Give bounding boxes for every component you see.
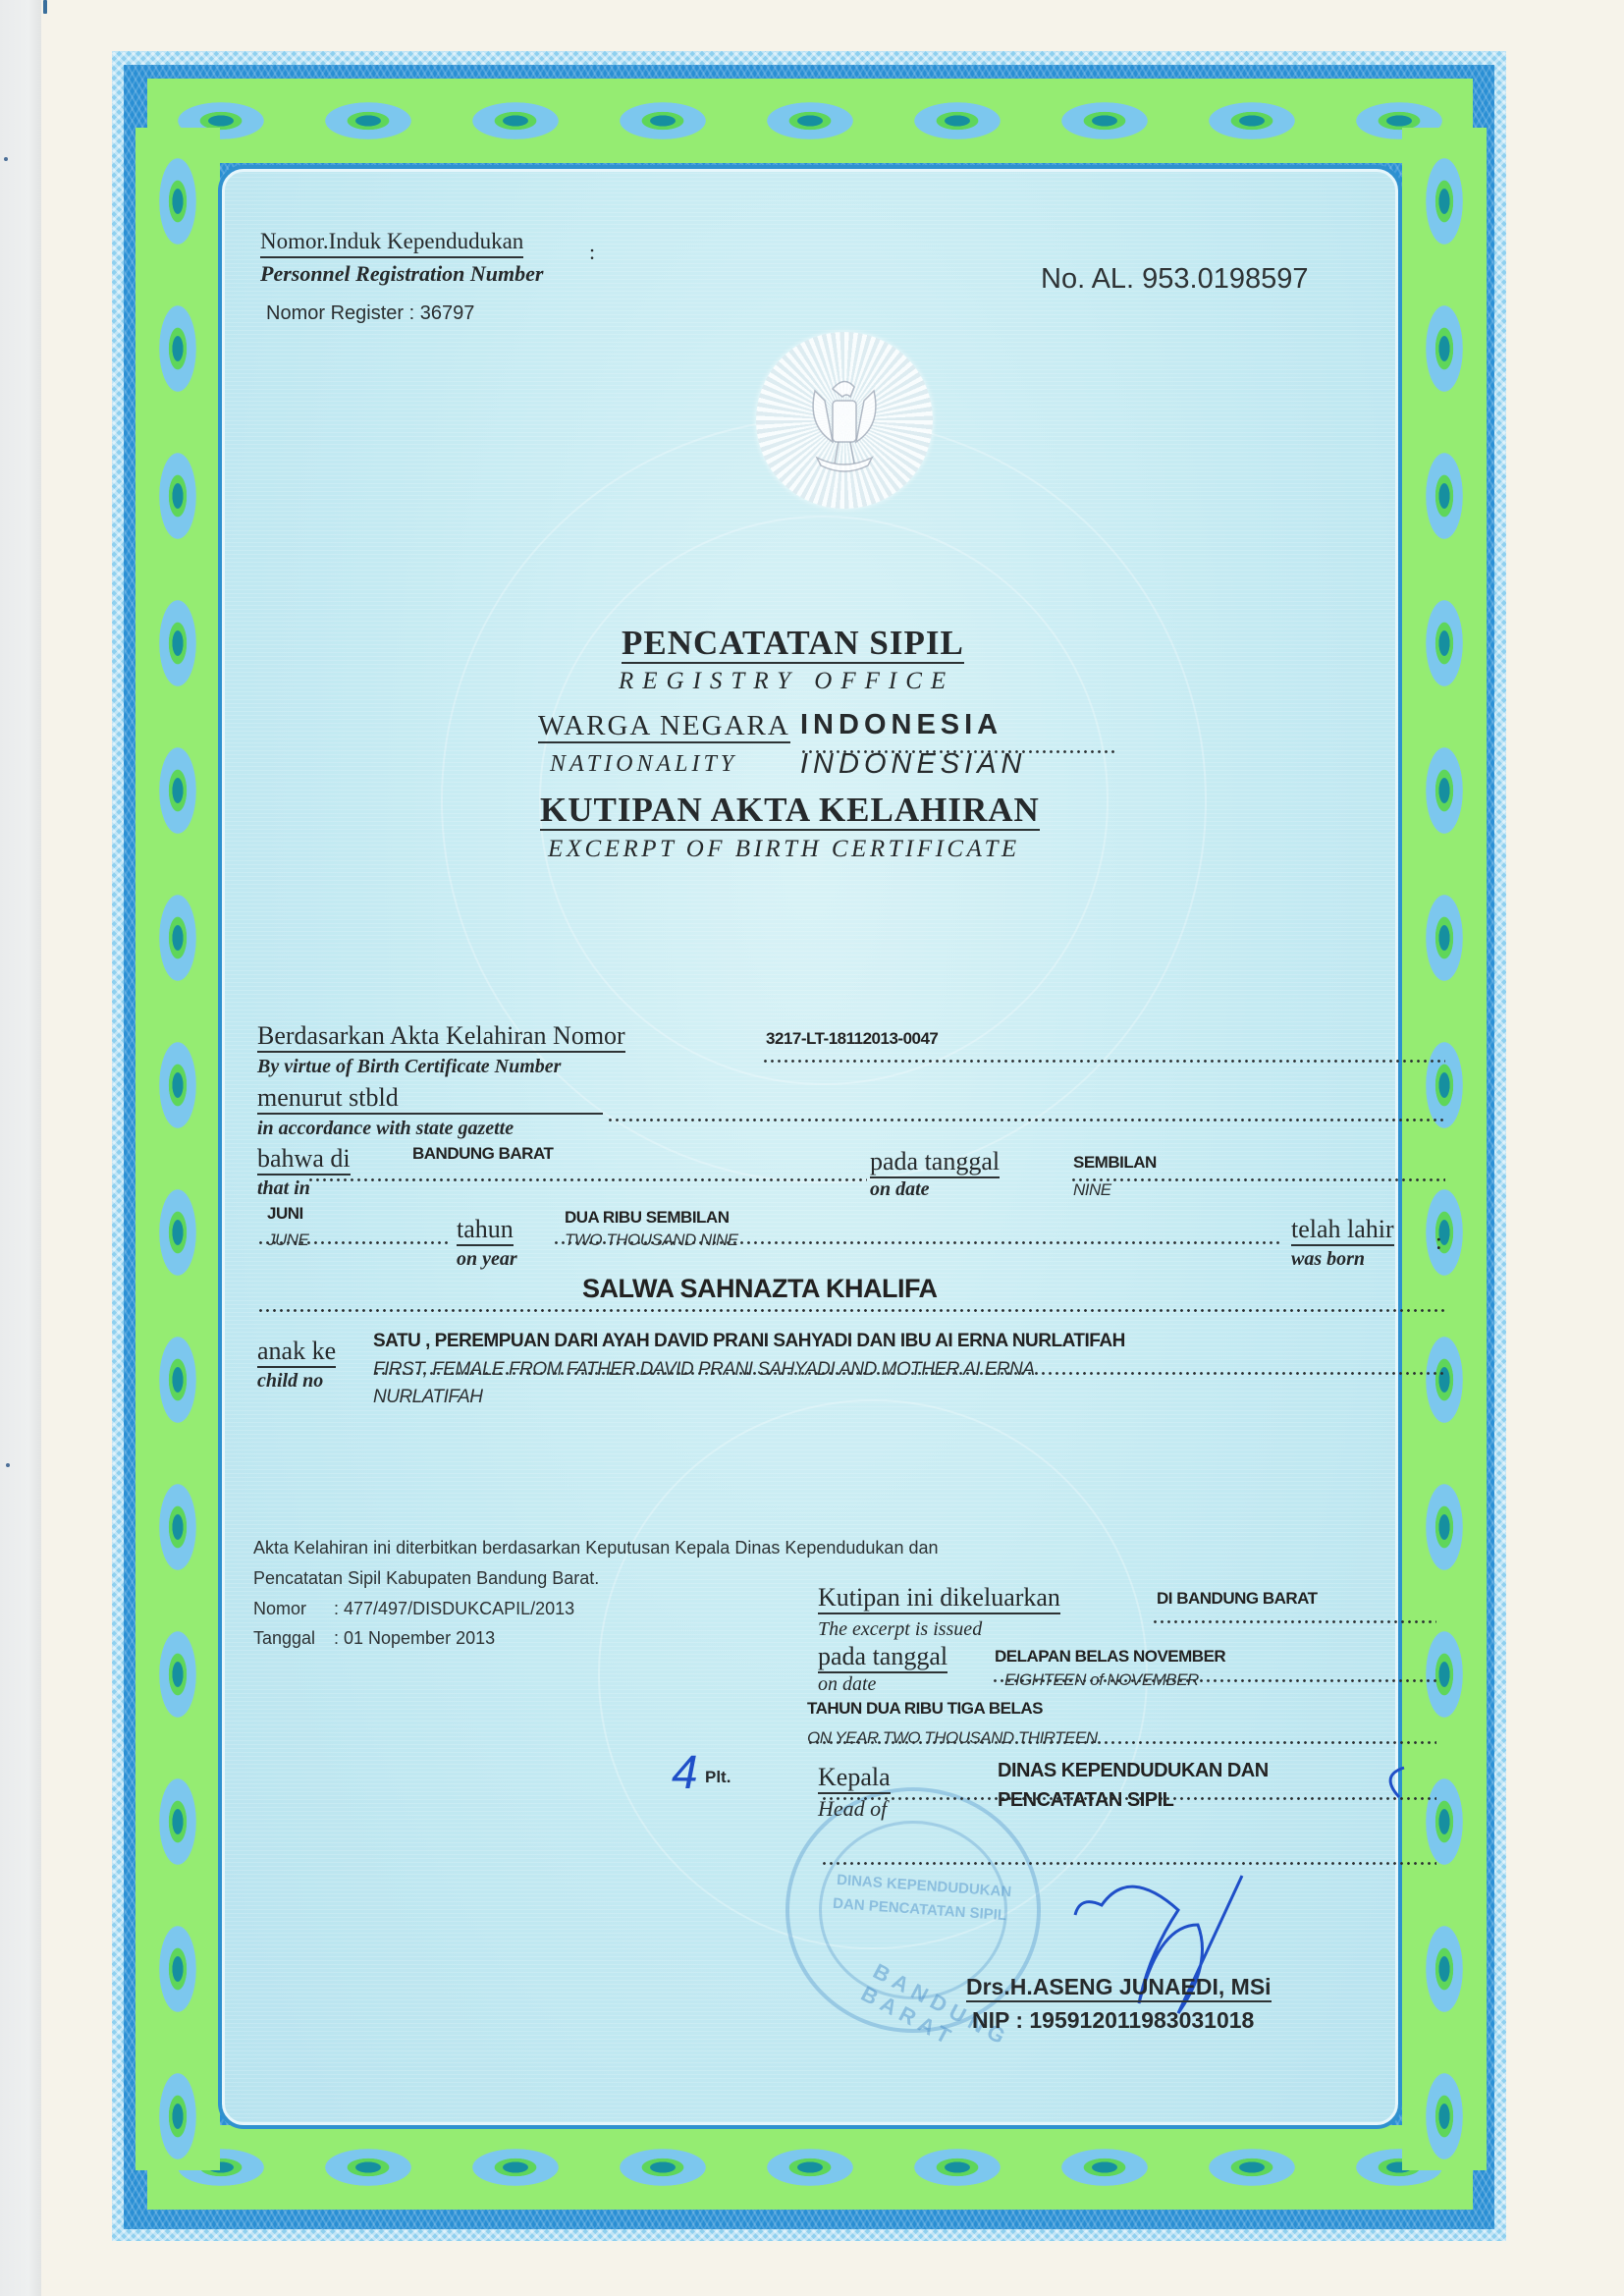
date-label-id: pada tanggal [870,1147,1000,1178]
year-label-id: tahun [457,1215,514,1246]
nationality-value-en: INDONESIAN [800,748,1026,781]
birth-month-value-id: JUNI [267,1204,303,1224]
birth-place-value: BANDUNG BARAT [412,1144,553,1164]
garuda-emblem-icon [756,332,933,509]
issued-date-value-en: EIGHTEEN of NOVEMBER [1004,1670,1199,1690]
dotted-line [762,1060,1445,1063]
birth-date-value-en: NINE [1073,1180,1111,1200]
signatory-name: Drs.H.ASENG JUNAEDI, MSi [966,1974,1272,2002]
child-no-label-en: child no [257,1370,323,1393]
issued-year-value-id: TAHUN DUA RIBU TIGA BELAS [807,1699,1043,1719]
child-no-value-en-line2: NURLATIFAH [373,1387,482,1408]
decree-date-value: : 01 Nopember 2013 [334,1628,495,1649]
birth-cert-label-id: Berdasarkan Akta Kelahiran Nomor [257,1021,625,1053]
issued-date-value-id: DELAPAN BELAS NOVEMBER [995,1647,1225,1667]
decree-number-label: Nomor [253,1599,306,1619]
issued-label-en: The excerpt is issued [818,1618,982,1641]
born-colon: : [1435,1230,1442,1256]
nationality-label-en: NATIONALITY [550,751,737,778]
head-label-id: Kepala [818,1763,891,1794]
issued-place: DI BANDUNG BARAT [1157,1589,1318,1609]
decree-number-value: : 477/497/DISDUKCAPIL/2013 [334,1599,574,1619]
scan-dot [6,1463,10,1467]
birth-cert-label-en: By virtue of Birth Certificate Number [257,1056,561,1078]
born-label-en: was born [1291,1248,1365,1271]
child-name: SALWA SAHNAZTA KHALIFA [582,1274,937,1304]
scan-mark [43,0,47,14]
register-number: Nomor Register : 36797 [266,302,474,325]
child-no-value-id: SATU , PEREMPUAN DARI AYAH DAVID PRANI S… [373,1331,1125,1352]
document-title-en: EXCERPT OF BIRTH CERTIFICATE [548,836,1020,863]
date-label-en: on date [870,1178,930,1201]
place-label-id: bahwa di [257,1144,351,1175]
issuance-basis-line2: Pencatatan Sipil Kabupaten Bandung Barat… [253,1568,599,1589]
birth-year-value-en: TWO THOUSAND NINE [565,1230,738,1250]
stbld-label-id: menurut stbld [257,1083,603,1115]
document-title-id: KUTIPAN AKTA KELAHIRAN [540,792,1040,831]
dotted-line [257,1309,1445,1312]
border-chain-bottom [147,2125,1473,2210]
issued-year-value-en: ON YEAR TWO THOUSAND THIRTEEN [807,1728,1098,1748]
scan-dot [4,157,8,161]
place-label-en: that in [257,1177,310,1200]
dotted-line [1152,1620,1436,1623]
nationality-label-id: WARGA NEGARA [538,710,790,743]
stbld-label-en: in accordance with state gazette [257,1118,514,1140]
border-chain-left [135,128,220,2170]
handwritten-mark: 4 [672,1746,698,1800]
birth-month-value-en: JUNE [267,1230,308,1250]
certificate-serial-number: No. AL. 953.0198597 [1041,263,1309,296]
child-no-label-id: anak ke [257,1337,336,1368]
year-label-en: on year [457,1248,517,1271]
nationality-value-id: INDONESIA [800,709,1002,741]
scan-edge [0,0,41,2296]
issuance-basis-line1: Akta Kelahiran ini diterbitkan berdasark… [253,1538,938,1558]
nik-label-id: Nomor.Induk Kependudukan [260,228,523,258]
plt-label: Plt. [705,1768,731,1787]
born-label-id: telah lahir [1291,1215,1394,1246]
issued-date-label-en: on date [818,1673,876,1696]
nik-colon: : [589,240,595,265]
nik-label-en: Personnel Registration Number [260,261,543,287]
issued-date-label-id: pada tanggal [818,1642,947,1673]
birth-year-value-id: DUA RIBU SEMBILAN [565,1208,729,1228]
dotted-line [607,1119,1445,1121]
signatory-nip: NIP : 195912011983031018 [972,2007,1254,2034]
decree-date-label: Tanggal [253,1628,315,1649]
birth-cert-number: 3217-LT-18112013-0047 [766,1029,938,1049]
birth-date-value-id: SEMBILAN [1073,1153,1157,1173]
dotted-line [1070,1178,1445,1181]
child-no-value-en-line1: FIRST, FEMALE FROM FATHER DAVID PRANI SA… [373,1359,1035,1381]
office-title-id: PENCATATAN SIPIL [622,625,964,664]
dotted-line [307,1178,867,1181]
office-title-en: REGISTRY OFFICE [619,668,954,695]
border-chain-top [147,79,1473,163]
issued-label-id: Kutipan ini dikeluarkan [818,1583,1060,1614]
